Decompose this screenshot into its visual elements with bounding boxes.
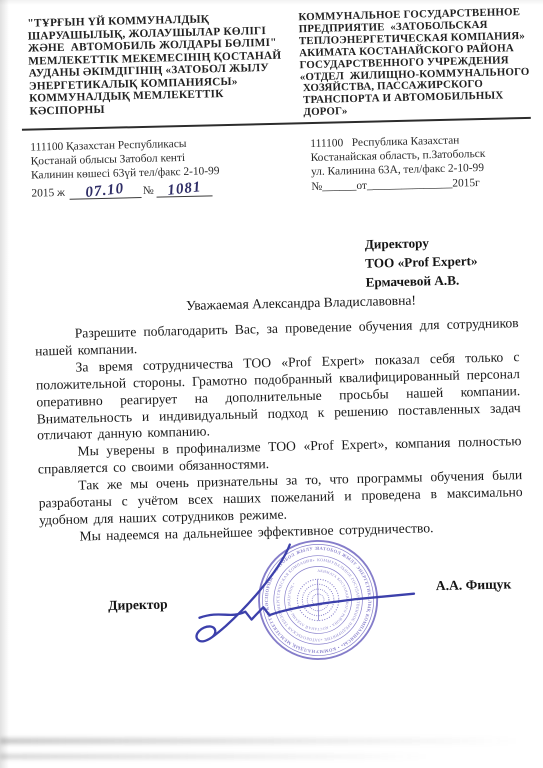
date-blank: 07.10 — [69, 182, 141, 200]
body-paragraph-2: За время сотрудничества ТОО «Prof Expert… — [35, 349, 521, 445]
handwritten-signature — [162, 538, 423, 656]
address-lines-kazakh: 111100 Қазахстан Республикасы Қостанай о… — [30, 135, 281, 183]
number-blank: 1081 — [157, 180, 213, 198]
address-block-kazakh: 111100 Қазахстан Республикасы Қостанай о… — [30, 135, 281, 201]
letterhead-russian: КОММУНАЛЬНОЕ ГОСУДАРСТВЕННОЕ ПРЕДПРИЯТИЕ… — [298, 7, 532, 120]
scanned-letter-page: "ТҰРҒЫН ҮЙ КОММУНАЛДЫҚ ШАРУАШЫЛЫҚ, ЖОЛАУ… — [0, 0, 543, 768]
letterhead-divider-line — [22, 117, 531, 131]
handwritten-date: 07.10 — [85, 181, 125, 199]
letterhead-kazakh: "ТҰРҒЫН ҮЙ КОММУНАЛДЫҚ ШАРУАШЫЛЫҚ, ЖОЛАУ… — [27, 12, 287, 118]
scan-content: "ТҰРҒЫН ҮЙ КОММУНАЛДЫҚ ШАРУАШЫЛЫҚ, ЖОЛАУ… — [0, 0, 543, 768]
handwritten-number: 1081 — [167, 180, 202, 198]
address-block-russian: 111100 Республика Казахстан Костанайская… — [310, 132, 531, 194]
signer-name: А.А. Фищук — [436, 576, 512, 594]
date-label: 2015 ж — [31, 185, 65, 200]
recipient-block: Директору ТОО «Prof Expert» Ермачевой А.… — [365, 233, 479, 292]
number-label: № — [143, 183, 154, 197]
signer-role: Директор — [108, 597, 168, 614]
letter-body: Разрешите поблагодарить Вас, за проведен… — [35, 315, 524, 546]
salutation: Уважаемая Александра Владиславовна! — [186, 293, 416, 314]
